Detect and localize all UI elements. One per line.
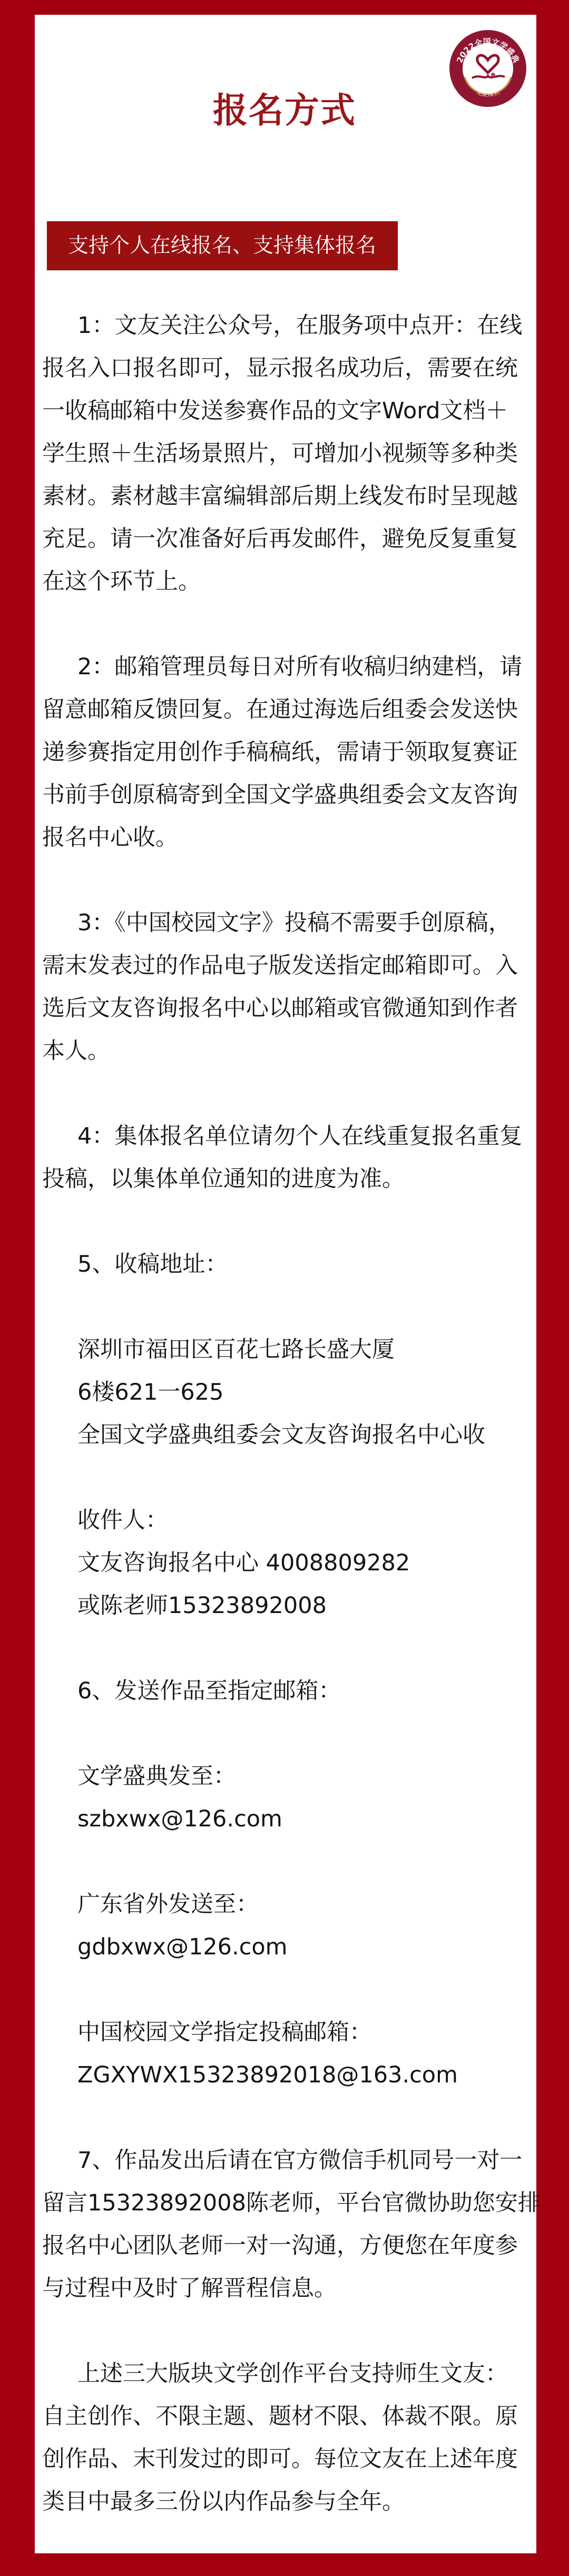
paragraph-line: 选后文友咨询报名中心以邮箱或官微通知到作者 bbox=[42, 987, 522, 1030]
paragraph-line: 递参赛指定用创作手稿稿纸，需请于领取复赛证 bbox=[42, 731, 522, 774]
spacer bbox=[42, 1969, 522, 2011]
paragraph-line: 报名入口报名即可，显示报名成功后，需要在统 bbox=[42, 347, 522, 390]
paragraph-line: 自主创作、不限主题、题材不限、体裁不限。原 bbox=[42, 2395, 522, 2438]
page-title: 报名方式 bbox=[0, 89, 569, 133]
section-4-group-registration: 4：集体报名单位请勿个人在线重复报名重复 投稿，以集体单位通知的进度为准。 bbox=[42, 1115, 522, 1201]
paragraph-line: 上述三大版块文学创作平台支持师生文友： bbox=[42, 2353, 522, 2395]
paragraph-line: 需末发表过的作品电子版发送指定邮箱即可。入 bbox=[42, 945, 522, 987]
paragraph-line: 学生照＋生活场景照片，可增加小视频等多种类 bbox=[42, 432, 522, 475]
section-6-submission-mailboxes: 6、发送作品至指定邮箱： 文学盛典发至： szbxwx@126.com 广东省外… bbox=[42, 1670, 522, 2097]
paragraph-line: 类目中最多三份以内作品参与全年。 bbox=[42, 2481, 522, 2523]
spacer bbox=[42, 1457, 522, 1499]
paragraph-line: 1：文友关注公众号，在服务项中点开：在线 bbox=[42, 304, 522, 347]
address-line: 6楼621一625 bbox=[42, 1371, 522, 1414]
paragraph-line: 投稿，以集体单位通知的进度为准。 bbox=[42, 1158, 522, 1201]
address-line: 深圳市福田区百花七路长盛大厦 bbox=[42, 1329, 522, 1371]
section-7-wechat-contact: 7、作品发出后请在官方微信手机同号一对一 留言15323892008陈老师，平台… bbox=[42, 2139, 522, 2310]
paragraph-line: 报名中心收。 bbox=[42, 817, 522, 859]
spacer bbox=[42, 1713, 522, 1755]
paragraph-line: 2：邮箱管理员每日对所有收稿归纳建档，请 bbox=[42, 646, 522, 689]
section-3-campus-literature: 3：《中国校园文字》投稿不需要手创原稿， 需末发表过的作品电子版发送指定邮箱即可… bbox=[42, 902, 522, 1073]
paragraph-line: 一收稿邮箱中发送参赛作品的文字Word文档＋ bbox=[42, 390, 522, 432]
paragraph-line: 留言15323892008陈老师，平台官微协助您安排 bbox=[42, 2182, 522, 2225]
recipient-line: 文友咨询报名中心 4008809282 bbox=[42, 1542, 522, 1585]
mailbox-label: 文学盛典发至： bbox=[42, 1755, 522, 1798]
paragraph-line: 报名中心团队老师一对一沟通，方便您在年度参 bbox=[42, 2225, 522, 2267]
paragraph-line: 在这个环节上。 bbox=[42, 561, 522, 603]
mailbox-label: 广东省外发送至： bbox=[42, 1883, 522, 1926]
section-heading: 5、收稿地址： bbox=[42, 1243, 522, 1286]
registration-banner: 支持个人在线报名、支持集体报名 bbox=[47, 221, 398, 270]
spacer bbox=[42, 2310, 522, 2353]
paragraph-line: 与过程中及时了解晋程信息。 bbox=[42, 2267, 522, 2310]
paragraph-line: 素材。素材越丰富编辑部后期上线发布时呈现越 bbox=[42, 475, 522, 518]
closing-notes: 上述三大版块文学创作平台支持师生文友： 自主创作、不限主题、题材不限、体裁不限。… bbox=[42, 2353, 522, 2523]
spacer bbox=[42, 1627, 522, 1670]
paragraph-line: 4：集体报名单位请勿个人在线重复报名重复 bbox=[42, 1115, 522, 1158]
paragraph-line: 3：《中国校园文字》投稿不需要手创原稿， bbox=[42, 902, 522, 945]
address-line: 全国文学盛典组委会文友咨询报名中心收 bbox=[42, 1414, 522, 1457]
mailbox-label: 中国校园文学指定投稿邮箱： bbox=[42, 2011, 522, 2054]
spacer bbox=[42, 859, 522, 902]
registration-instructions: 1：文友关注公众号，在服务项中点开：在线 报名入口报名即可，显示报名成功后，需要… bbox=[42, 304, 522, 2523]
recipient-label: 收件人： bbox=[42, 1499, 522, 1542]
recipient-line: 或陈老师15323892008 bbox=[42, 1585, 522, 1627]
paragraph-line: 留意邮箱反馈回复。在通过海选后组委会发送快 bbox=[42, 689, 522, 731]
paragraph-line: 7、作品发出后请在官方微信手机同号一对一 bbox=[42, 2139, 522, 2182]
mailbox-email-link[interactable]: gdbxwx@126.com bbox=[42, 1926, 522, 1969]
paragraph-line: 本人。 bbox=[42, 1030, 522, 1073]
paragraph-line: 充足。请一次准备好后再发邮件，避免反复重复 bbox=[42, 518, 522, 561]
spacer bbox=[42, 1201, 522, 1243]
mailbox-email-link[interactable]: ZGXYWX15323892018@163.com bbox=[42, 2054, 522, 2097]
paragraph-line: 创作品、末刊发过的即可。每位文友在上述年度 bbox=[42, 2438, 522, 2481]
section-heading: 6、发送作品至指定邮箱： bbox=[42, 1670, 522, 1713]
section-1-online-registration: 1：文友关注公众号，在服务项中点开：在线 报名入口报名即可，显示报名成功后，需要… bbox=[42, 304, 522, 603]
section-5-mailing-address: 5、收稿地址： 深圳市福田区百花七路长盛大厦 6楼621一625 全国文学盛典组… bbox=[42, 1243, 522, 1627]
spacer bbox=[42, 603, 522, 646]
banner-label: 支持个人在线报名、支持集体报名 bbox=[68, 221, 376, 270]
mailbox-email-link[interactable]: szbxwx@126.com bbox=[42, 1798, 522, 1841]
paragraph-line: 书前手创原稿寄到全国文学盛典组委会文友咨询 bbox=[42, 774, 522, 817]
spacer bbox=[42, 2097, 522, 2139]
spacer bbox=[42, 1286, 522, 1329]
spacer bbox=[42, 1841, 522, 1883]
spacer bbox=[42, 1073, 522, 1115]
section-2-mailbox-admin: 2：邮箱管理员每日对所有收稿归纳建档，请 留意邮箱反馈回复。在通过海选后组委会发… bbox=[42, 646, 522, 859]
